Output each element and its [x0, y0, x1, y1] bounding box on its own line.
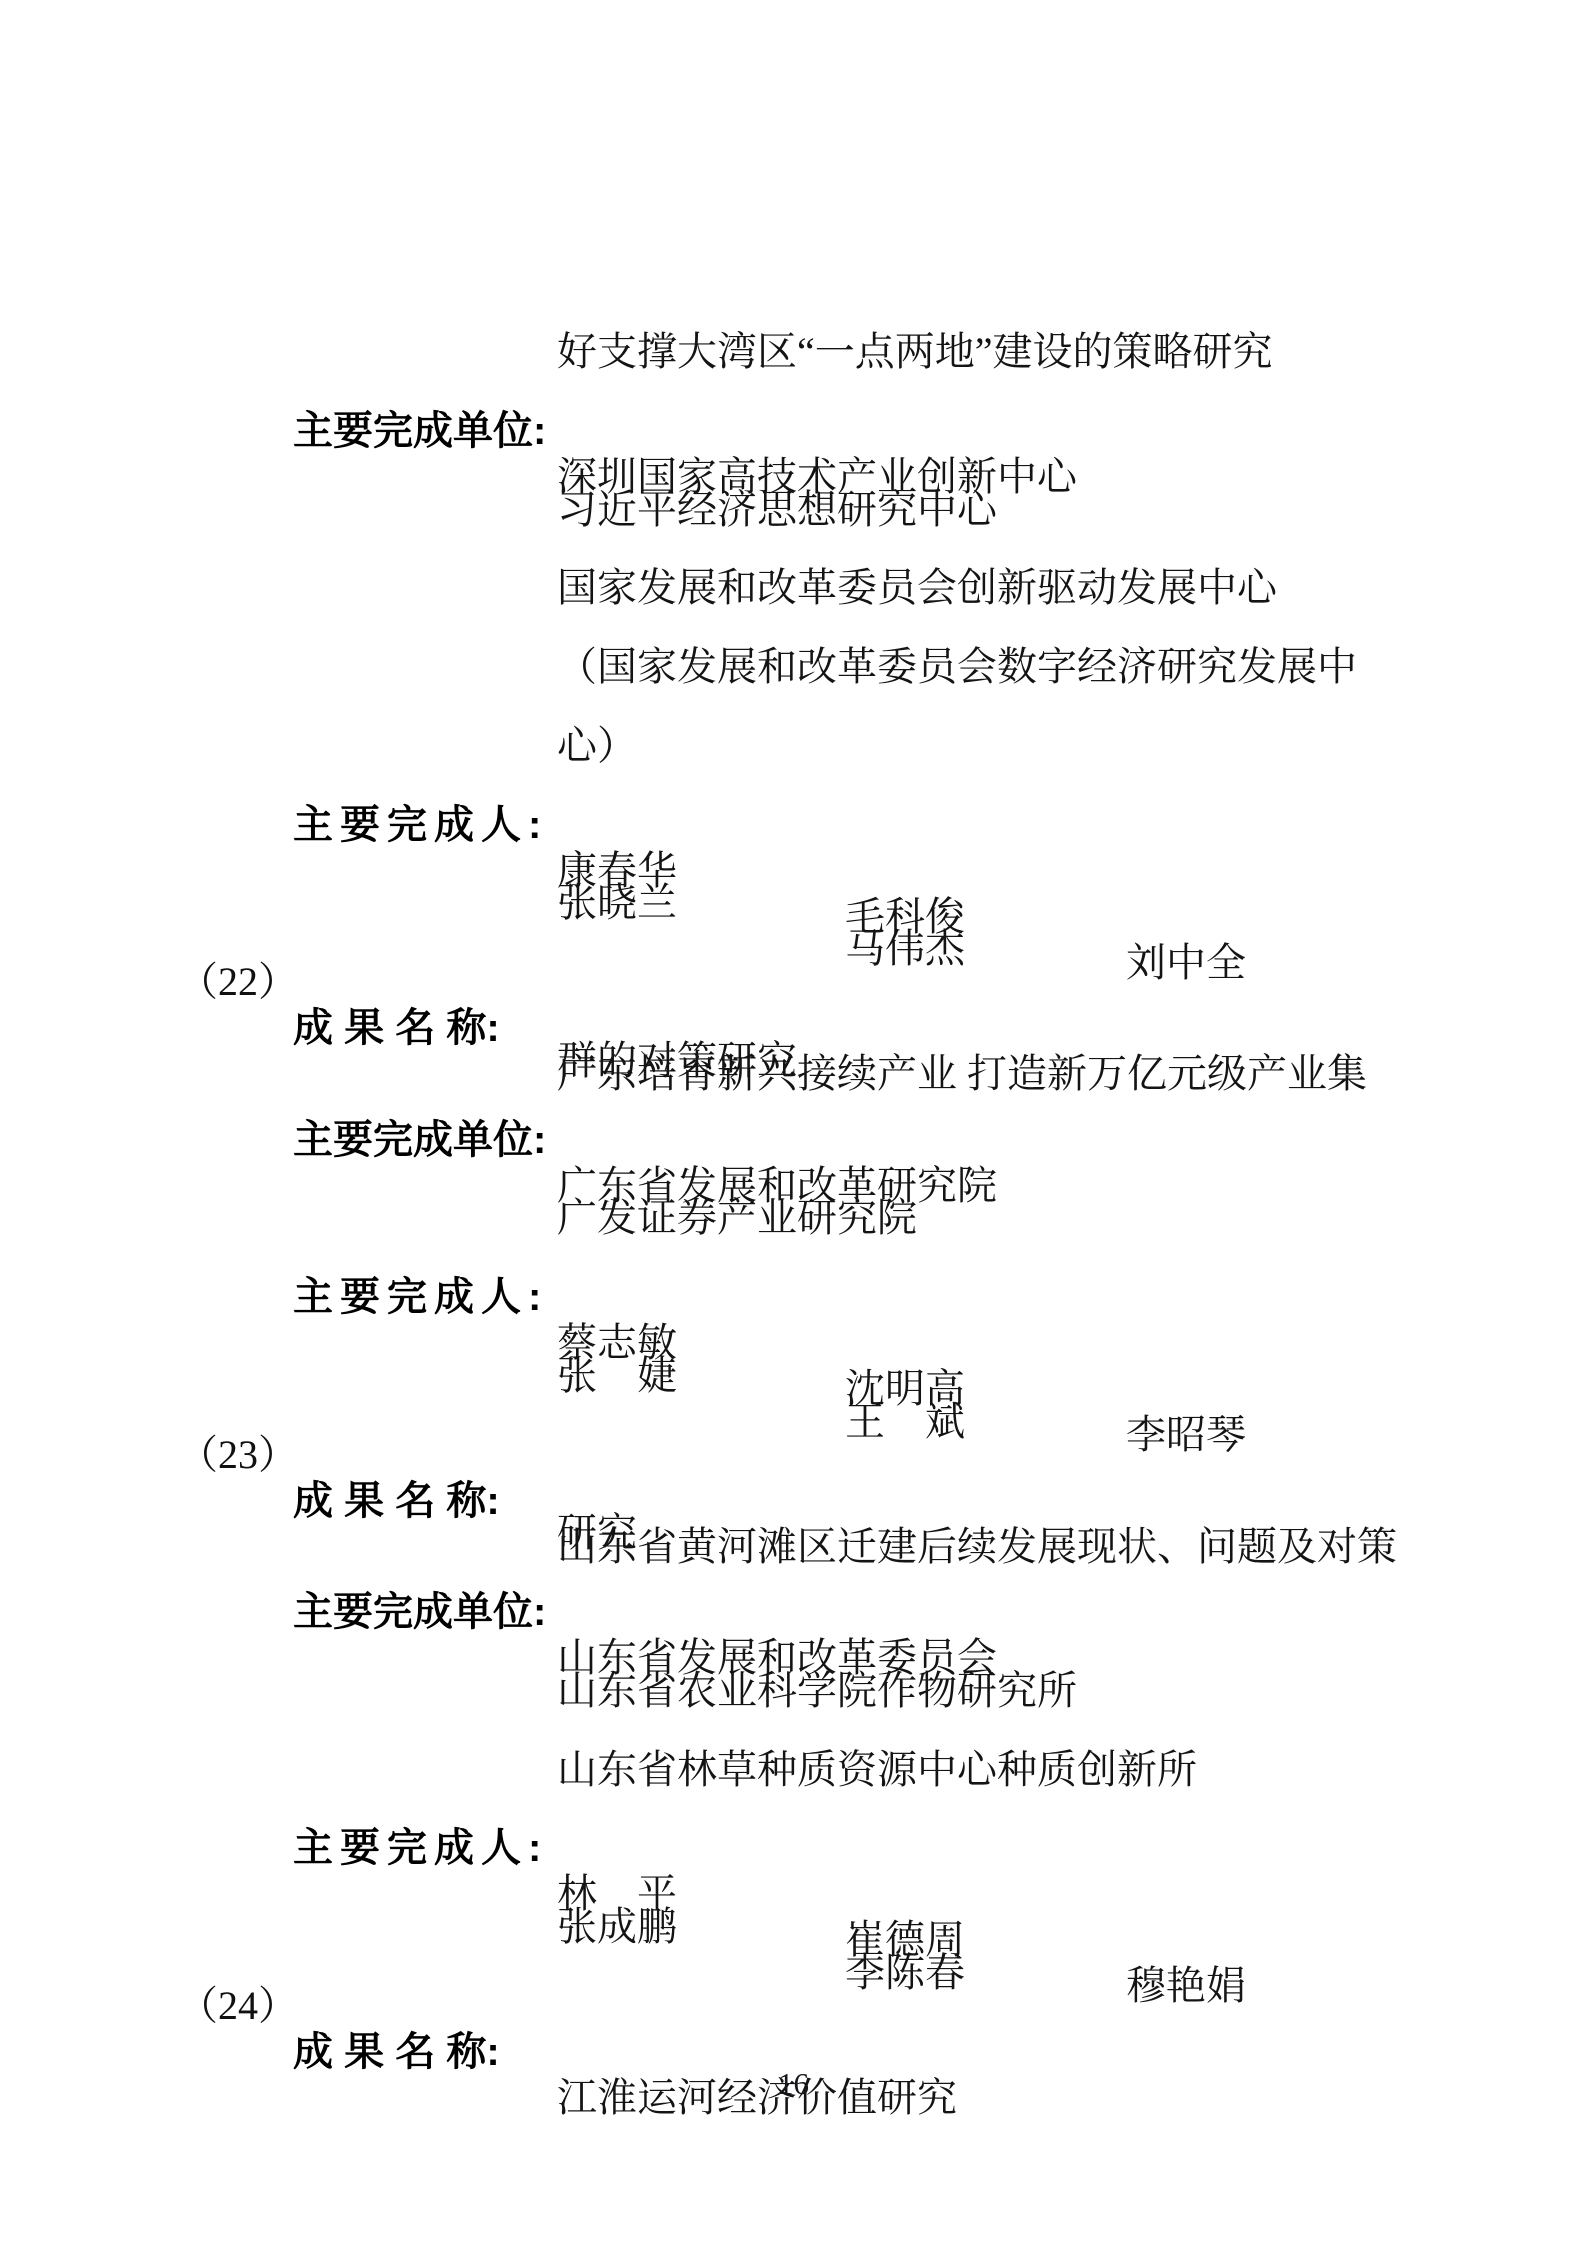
entry21-people-row1: 主要完成人: 康春华 毛科俊 刘中全 [0, 756, 1587, 808]
entry22-title-line-1: （22） 成 果 名 称: 广东培育新兴接续产业 打造新万亿元级产业集 [0, 913, 1587, 965]
entry21-units-line-3: 国家发展和改革委员会创新驱动发展中心 [0, 519, 1587, 571]
entry23-title-line-1: （23） 成 果 名 称: 山东省黄河滩区迁建后续发展现状、问题及对策 [0, 1386, 1587, 1438]
entry22-units-line-2: 广发证券产业研究院 [0, 1149, 1587, 1201]
entry23-title-line-2: 研究 [0, 1464, 1587, 1516]
entry23-people-row2: 张成鹏 李陈春 [0, 1858, 1587, 1910]
entry22-people-row1: 主要完成人: 蔡志敏 沈明高 李昭琴 [0, 1228, 1587, 1280]
entry24-title-line-1: （24） 成 果 名 称: 江淮运河经济价值研究 [0, 1937, 1587, 1989]
entry23-units-line-2: 山东省农业科学院作物研究所 [0, 1622, 1587, 1674]
entry22-units-line-1: 主要完成单位: 广东省发展和改革研究院 [0, 1071, 1587, 1123]
entry21-units-line-2: 习近平经济思想研究中心 [0, 441, 1587, 493]
entry23-units-line-3: 山东省林草种质资源中心种质创新所 [0, 1701, 1587, 1753]
entry21-units-line-1: 主要完成单位: 深圳国家高技术产业创新中心 [0, 362, 1587, 414]
entry23-units-line-1: 主要完成单位: 山东省发展和改革委员会 [0, 1543, 1587, 1595]
page-number: 16 [0, 2066, 1587, 2102]
entry22-title-line-2: 群的对策研究 [0, 992, 1587, 1044]
entry22-people-row2: 张 婕 王 斌 [0, 1307, 1587, 1359]
entry24-number: （24） [178, 1983, 298, 2029]
entry21-units-line-4: （国家发展和改革委员会数字经济研究发展中 [0, 598, 1587, 650]
entry21-title-continuation-line: 好支撑大湾区“一点两地”建设的策略研究 [0, 283, 1587, 335]
document-page: 好支撑大湾区“一点两地”建设的策略研究 主要完成单位: 深圳国家高技术产业创新中… [0, 0, 1587, 2245]
entry21-units-line-5: 心） [0, 677, 1587, 729]
entry23-people-row1: 主要完成人: 林 平 崔德周 穆艳娟 [0, 1779, 1587, 1831]
entry21-people-row2: 张晓兰 马伟杰 [0, 834, 1587, 886]
